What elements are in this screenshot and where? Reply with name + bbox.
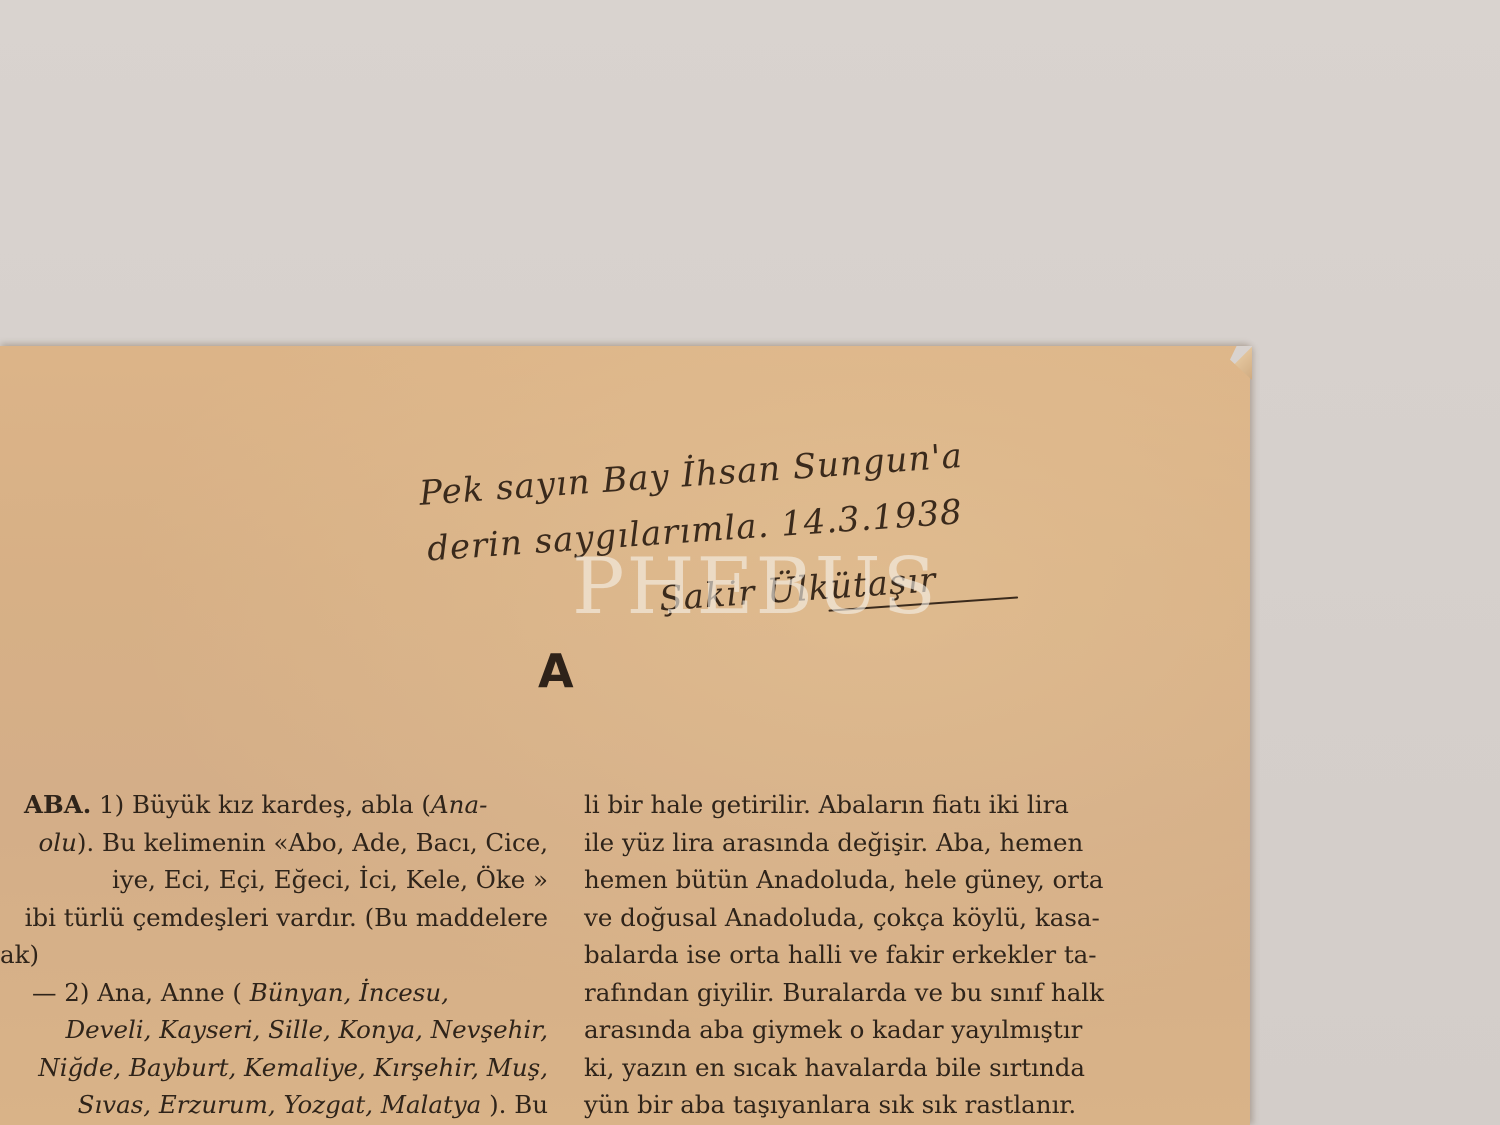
section-letter-heading: A: [538, 648, 574, 694]
right-text-column: li bir hale getirilir. Abaların fiatı ik…: [584, 786, 1164, 1124]
text-span: Sıvas, Erzurum, Yozgat, Malatya: [78, 1090, 482, 1119]
text-line: Develi, Kayseri, Sille, Konya, Nevşehir,: [0, 1011, 548, 1049]
text-span: Bünyan, İncesu,: [250, 978, 449, 1007]
text-line: balarda ise orta halli ve fakir erkekler…: [584, 936, 1164, 974]
text-line: Niğde, Bayburt, Kemaliye, Kırşehir, Muş,: [0, 1049, 548, 1087]
text-line: arasında aba giymek o kadar yayılmıştır: [584, 1011, 1164, 1049]
text-span: ak): [0, 940, 39, 969]
text-line: olu). Bu kelimenin «Abo, Ade, Bacı, Cice…: [0, 824, 548, 862]
text-span: Niğde, Bayburt, Kemaliye, Kırşehir, Muş,: [38, 1053, 548, 1082]
text-line: — 2) Ana, Anne ( Bünyan, İncesu,: [0, 974, 548, 1012]
text-line: ile yüz lira arasında değişir. Aba, heme…: [584, 824, 1164, 862]
text-line: ve doğusal Anadoluda, çokça köylü, kasa-: [584, 899, 1164, 937]
text-line: ibi türlü çemdeşleri vardır. (Bu maddele…: [0, 899, 548, 937]
text-span: 1) Büyük kız kardeş, abla (: [91, 790, 431, 819]
left-text-column: ABA. 1) Büyük kız kardeş, abla (Ana- olu…: [0, 786, 548, 1124]
text-line: ak): [0, 936, 548, 974]
text-span: Develi, Kayseri, Sille, Konya, Nevşehir,: [65, 1015, 548, 1044]
text-span: ). Bu kelimenin «Abo, Ade, Bacı, Cice,: [77, 828, 548, 857]
text-line: Sıvas, Erzurum, Yozgat, Malatya ). Bu: [0, 1086, 548, 1124]
text-line: rafından giyilir. Buralarda ve bu sınıf …: [584, 974, 1164, 1012]
text-line: yün bir aba taşıyanlara sık sık rastlanı…: [584, 1086, 1164, 1124]
text-span: iye, Eci, Eçi, Eğeci, İci, Kele, Öke »: [112, 865, 548, 894]
text-span: — 2) Ana, Anne (: [32, 978, 250, 1007]
text-span: ibi türlü çemdeşleri vardır. (Bu maddele…: [25, 903, 548, 932]
text-line: hemen bütün Anadoluda, hele güney, orta: [584, 861, 1164, 899]
text-line: iye, Eci, Eçi, Eğeci, İci, Kele, Öke »: [0, 861, 548, 899]
text-span: olu: [39, 828, 77, 857]
entry-headword: ABA.: [24, 790, 91, 819]
text-line: ki, yazın en sıcak havalarda bile sırtın…: [584, 1049, 1164, 1087]
text-line: li bir hale getirilir. Abaların fiatı ik…: [584, 786, 1164, 824]
text-span: Ana-: [431, 790, 487, 819]
text-span: ). Bu: [481, 1090, 548, 1119]
dog-eared-corner: [1230, 346, 1252, 380]
text-line: ABA. 1) Büyük kız kardeş, abla (Ana-: [0, 786, 548, 824]
